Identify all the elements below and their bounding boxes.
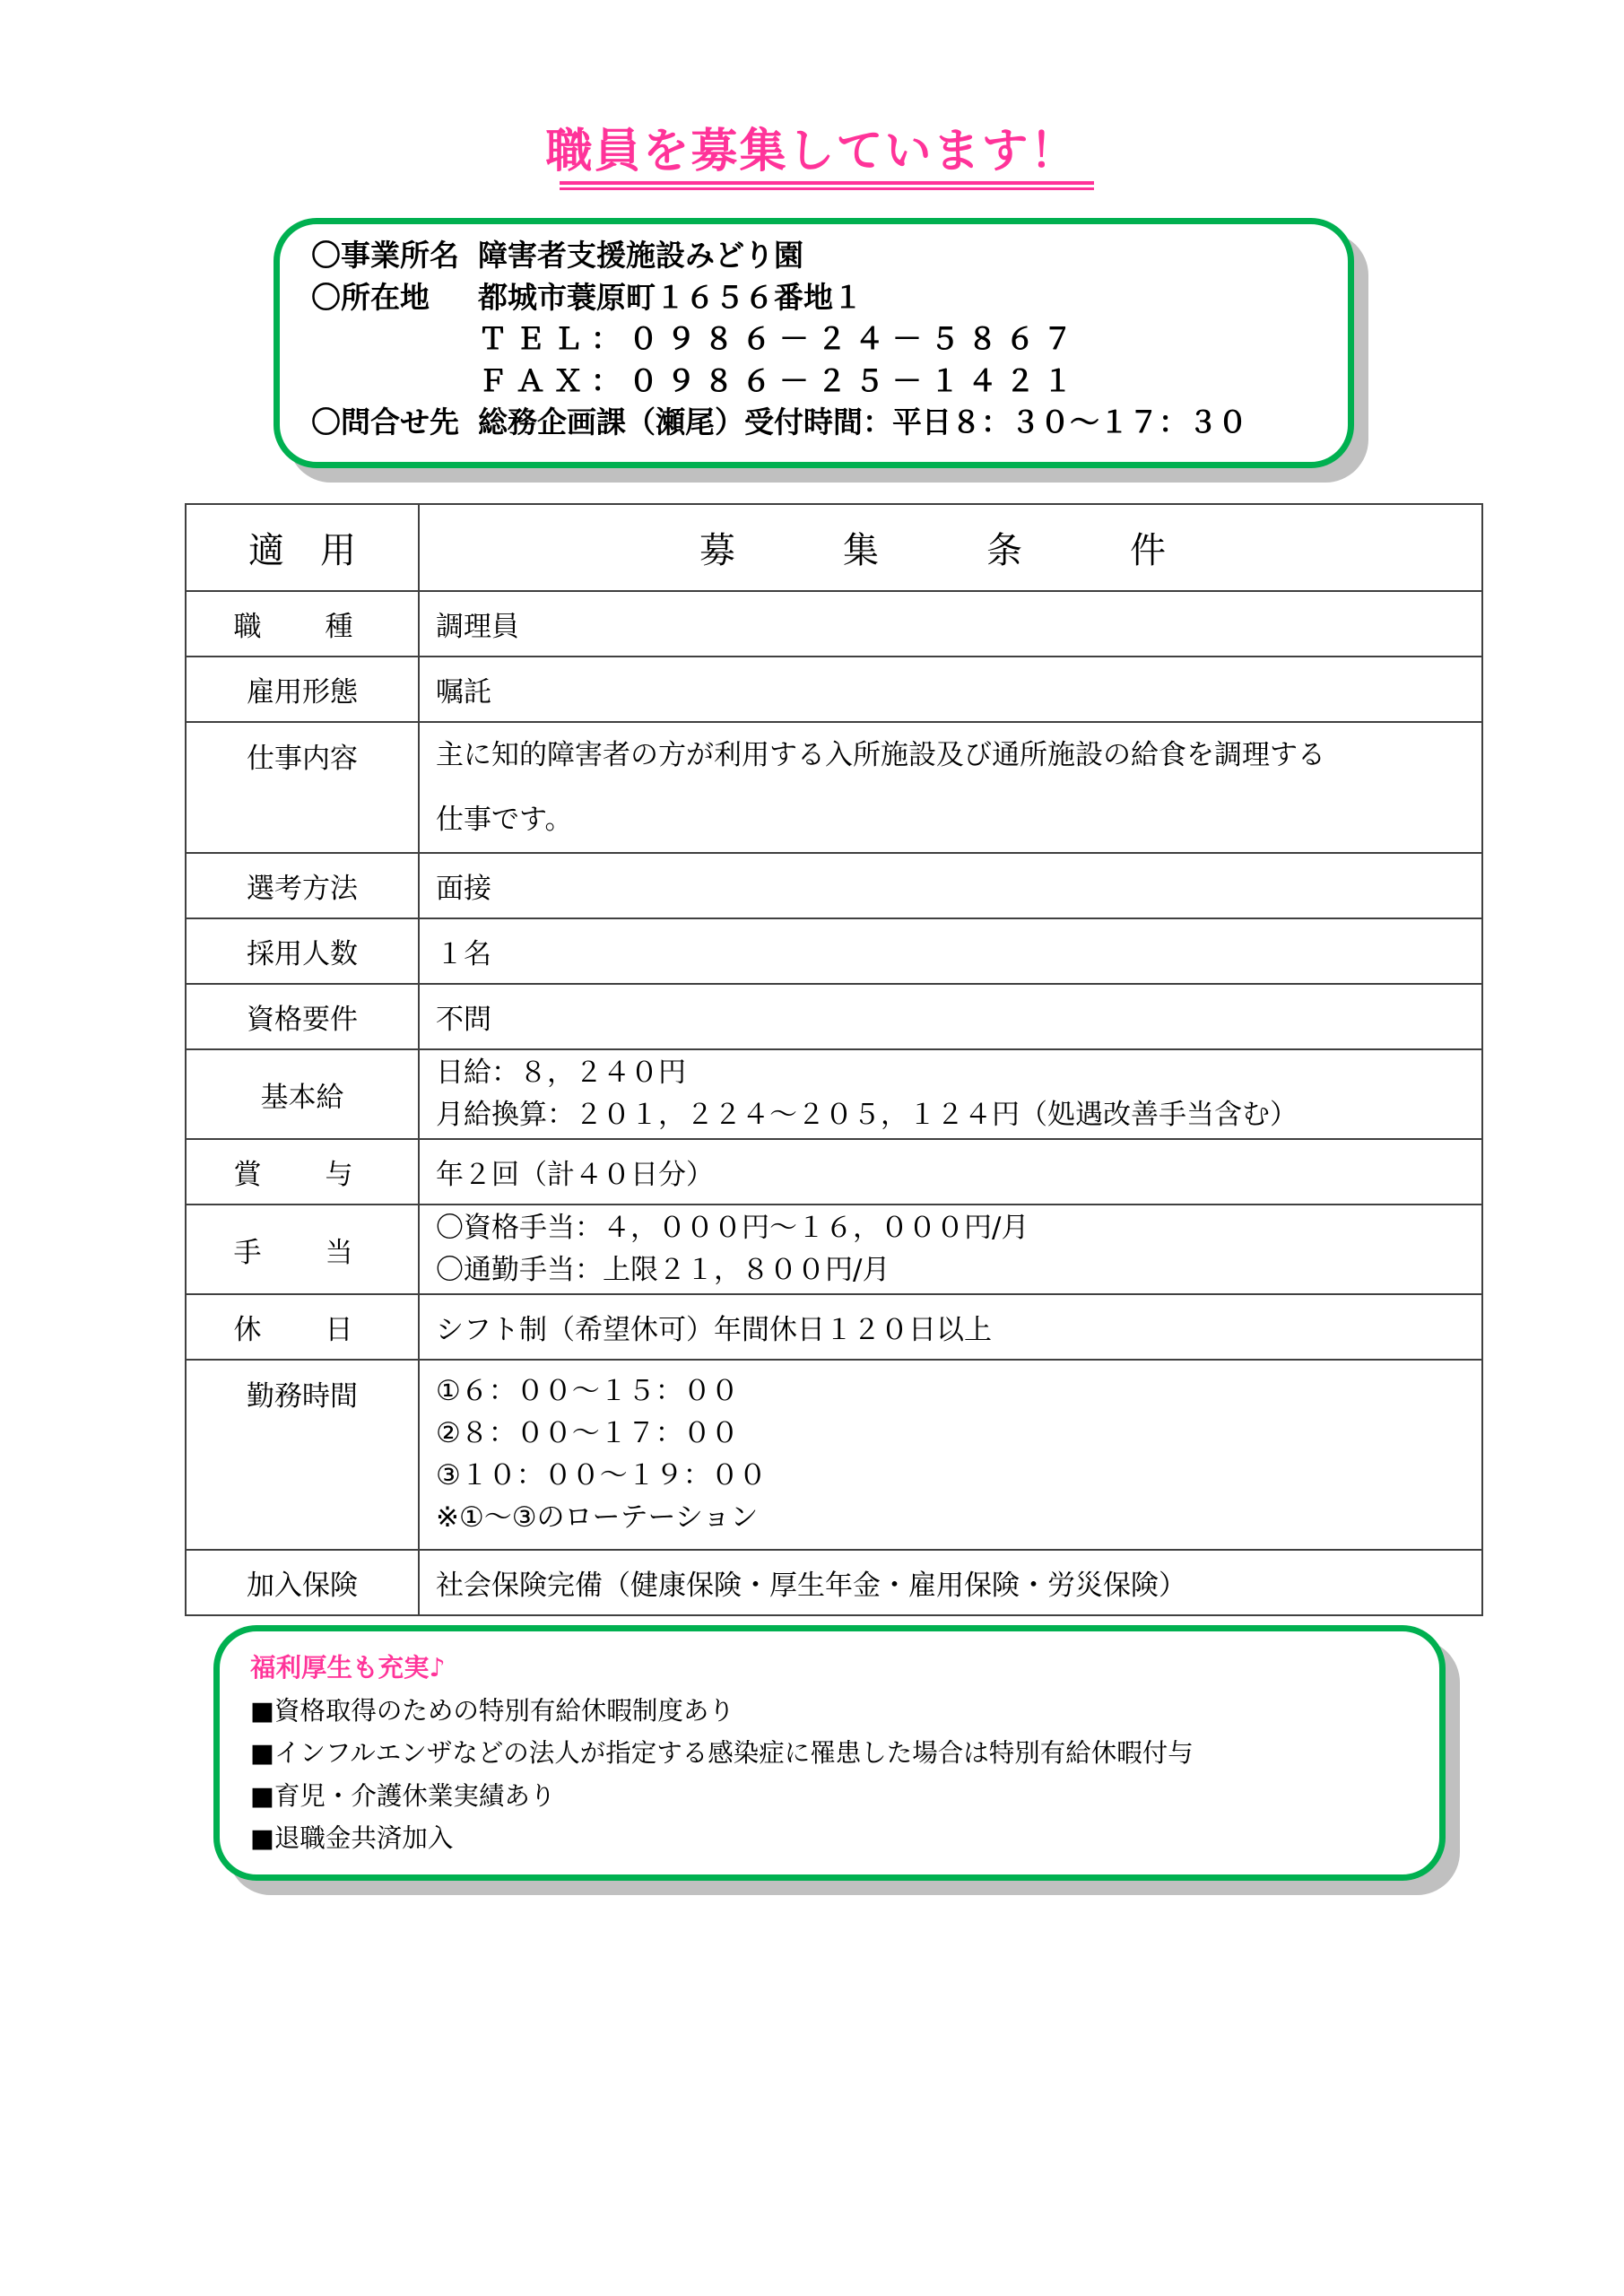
facility-fax-label [311, 361, 478, 403]
row-value: 不問 [419, 984, 1482, 1049]
facility-address-value: 都城市蓑原町１６５６番地１ [478, 277, 863, 319]
row-label: 雇用形態 [186, 657, 419, 722]
row-label: 選考方法 [186, 853, 419, 918]
table-row-hiring-count: 採用人数 １名 [186, 918, 1482, 984]
table-row-insurance: 加入保険 社会保険完備（健康保険・厚生年金・雇用保険・労災保険） [186, 1550, 1482, 1615]
row-value: 面接 [419, 853, 1482, 918]
table-row-bonus: 賞 与 年２回（計４０日分） [186, 1139, 1482, 1205]
benefit-item: ■育児・介護休業実績あり [250, 1775, 1194, 1818]
row-label: 資格要件 [186, 984, 419, 1049]
row-label: 休 日 [186, 1294, 419, 1360]
page-title: 職員を募集しています！ [542, 126, 1081, 187]
benefit-item: ■退職金共済加入 [250, 1817, 1194, 1860]
recruitment-conditions-table: 適 用 募 集 条 件 職 種 調理員 雇用形態 嘱託 仕事内容 主に知的障害者… [185, 503, 1483, 1616]
table-row-allowances: 手 当 〇資格手当：４，０００円～１６，０００円/月 〇通勤手当：上限２１，８０… [186, 1205, 1482, 1294]
monthly-equivalent: 月給換算：２０１，２２４～２０５，１２４円（処遇改善手当含む） [436, 1094, 1481, 1136]
daily-wage: 日給：８，２４０円 [436, 1052, 1481, 1094]
commute-allowance: 〇通勤手当：上限２１，８００円/月 [436, 1249, 1481, 1291]
facility-contact-row: 〇問合せ先 総務企画課（瀬尾）受付時間：平日８：３０～１７：３０ [311, 402, 1247, 444]
facility-info: 〇事業所名 障害者支援施設みどり園 〇所在地 都城市蓑原町１６５６番地１ ＴＥＬ… [311, 235, 1247, 444]
table-row-base-salary: 基本給 日給：８，２４０円 月給換算：２０１，２２４～２０５，１２４円（処遇改善… [186, 1049, 1482, 1139]
facility-tel-row: ＴＥＬ：０９８６－２４－５８６７ [311, 318, 1247, 361]
facility-address-label: 〇所在地 [311, 277, 478, 319]
benefits-title: 福利厚生も充実♪ [250, 1647, 1194, 1690]
row-value: シフト制（希望休可）年間休日１２０日以上 [419, 1294, 1482, 1360]
row-label: 加入保険 [186, 1550, 419, 1615]
row-value: 主に知的障害者の方が利用する入所施設及び通所施設の給食を調理する 仕事です。 [419, 722, 1482, 853]
job-description-line-1: 主に知的障害者の方が利用する入所施設及び通所施設の給食を調理する [436, 723, 1481, 787]
facility-tel-label [311, 318, 478, 361]
row-label: 手 当 [186, 1205, 419, 1294]
facility-contact-value: 総務企画課（瀬尾）受付時間：平日８：３０～１７：３０ [478, 402, 1247, 444]
row-label: 賞 与 [186, 1139, 419, 1205]
shift-1: ①６：００～１５：００ [436, 1370, 1481, 1413]
row-value: 日給：８，２４０円 月給換算：２０１，２２４～２０５，１２４円（処遇改善手当含む… [419, 1049, 1482, 1139]
table-row-job-description: 仕事内容 主に知的障害者の方が利用する入所施設及び通所施設の給食を調理する 仕事… [186, 722, 1482, 853]
title-underline [560, 181, 1094, 185]
table-row-holidays: 休 日 シフト制（希望休可）年間休日１２０日以上 [186, 1294, 1482, 1360]
facility-tel-value: ＴＥＬ：０９８６－２４－５８６７ [478, 318, 1081, 361]
row-label: 職 種 [186, 591, 419, 657]
job-description-line-2: 仕事です。 [436, 787, 1481, 852]
row-label: 基本給 [186, 1049, 419, 1139]
title-underline-second [560, 187, 1094, 190]
row-value: ①６：００～１５：００ ②８：００～１７：００ ③１０：００～１９：００ ※①～… [419, 1360, 1482, 1550]
shift-2: ②８：００～１７：００ [436, 1413, 1481, 1455]
facility-address-row: 〇所在地 都城市蓑原町１６５６番地１ [311, 277, 1247, 319]
row-value: １名 [419, 918, 1482, 984]
row-value: 社会保険完備（健康保険・厚生年金・雇用保険・労災保険） [419, 1550, 1482, 1615]
row-label: 仕事内容 [186, 722, 419, 853]
table-row-working-hours: 勤務時間 ①６：００～１５：００ ②８：００～１７：００ ③１０：００～１９：０… [186, 1360, 1482, 1550]
facility-name-label: 〇事業所名 [311, 235, 478, 277]
row-value: 〇資格手当：４，０００円～１６，０００円/月 〇通勤手当：上限２１，８００円/月 [419, 1205, 1482, 1294]
benefits-list: 福利厚生も充実♪ ■資格取得のための特別有給休暇制度あり ■インフルエンザなどの… [250, 1647, 1194, 1860]
benefit-item: ■資格取得のための特別有給休暇制度あり [250, 1690, 1194, 1733]
row-label: 採用人数 [186, 918, 419, 984]
header-applicable: 適 用 [186, 504, 419, 591]
table-row-job-type: 職 種 調理員 [186, 591, 1482, 657]
table-header-row: 適 用 募 集 条 件 [186, 504, 1482, 591]
page-title-wrap: 職員を募集しています！ [0, 126, 1624, 187]
qualification-allowance: 〇資格手当：４，０００円～１６，０００円/月 [436, 1207, 1481, 1249]
row-value: 嘱託 [419, 657, 1482, 722]
benefit-item: ■インフルエンザなどの法人が指定する感染症に罹患した場合は特別有給休暇付与 [250, 1732, 1194, 1775]
row-label: 勤務時間 [186, 1360, 419, 1550]
row-value: 調理員 [419, 591, 1482, 657]
table-row-selection-method: 選考方法 面接 [186, 853, 1482, 918]
facility-fax-value: ＦＡＸ：０９８６－２５－１４２１ [478, 361, 1081, 403]
row-value: 年２回（計４０日分） [419, 1139, 1482, 1205]
facility-fax-row: ＦＡＸ：０９８６－２５－１４２１ [311, 361, 1247, 403]
table-row-qualifications: 資格要件 不問 [186, 984, 1482, 1049]
shift-3: ③１０：００～１９：００ [436, 1455, 1481, 1497]
facility-contact-label: 〇問合せ先 [311, 402, 478, 444]
shift-rotation-note: ※①～③のローテーション [436, 1497, 1481, 1539]
facility-name-value: 障害者支援施設みどり園 [478, 235, 803, 277]
header-conditions: 募 集 条 件 [419, 504, 1482, 591]
table-row-employment-type: 雇用形態 嘱託 [186, 657, 1482, 722]
facility-name-row: 〇事業所名 障害者支援施設みどり園 [311, 235, 1247, 277]
